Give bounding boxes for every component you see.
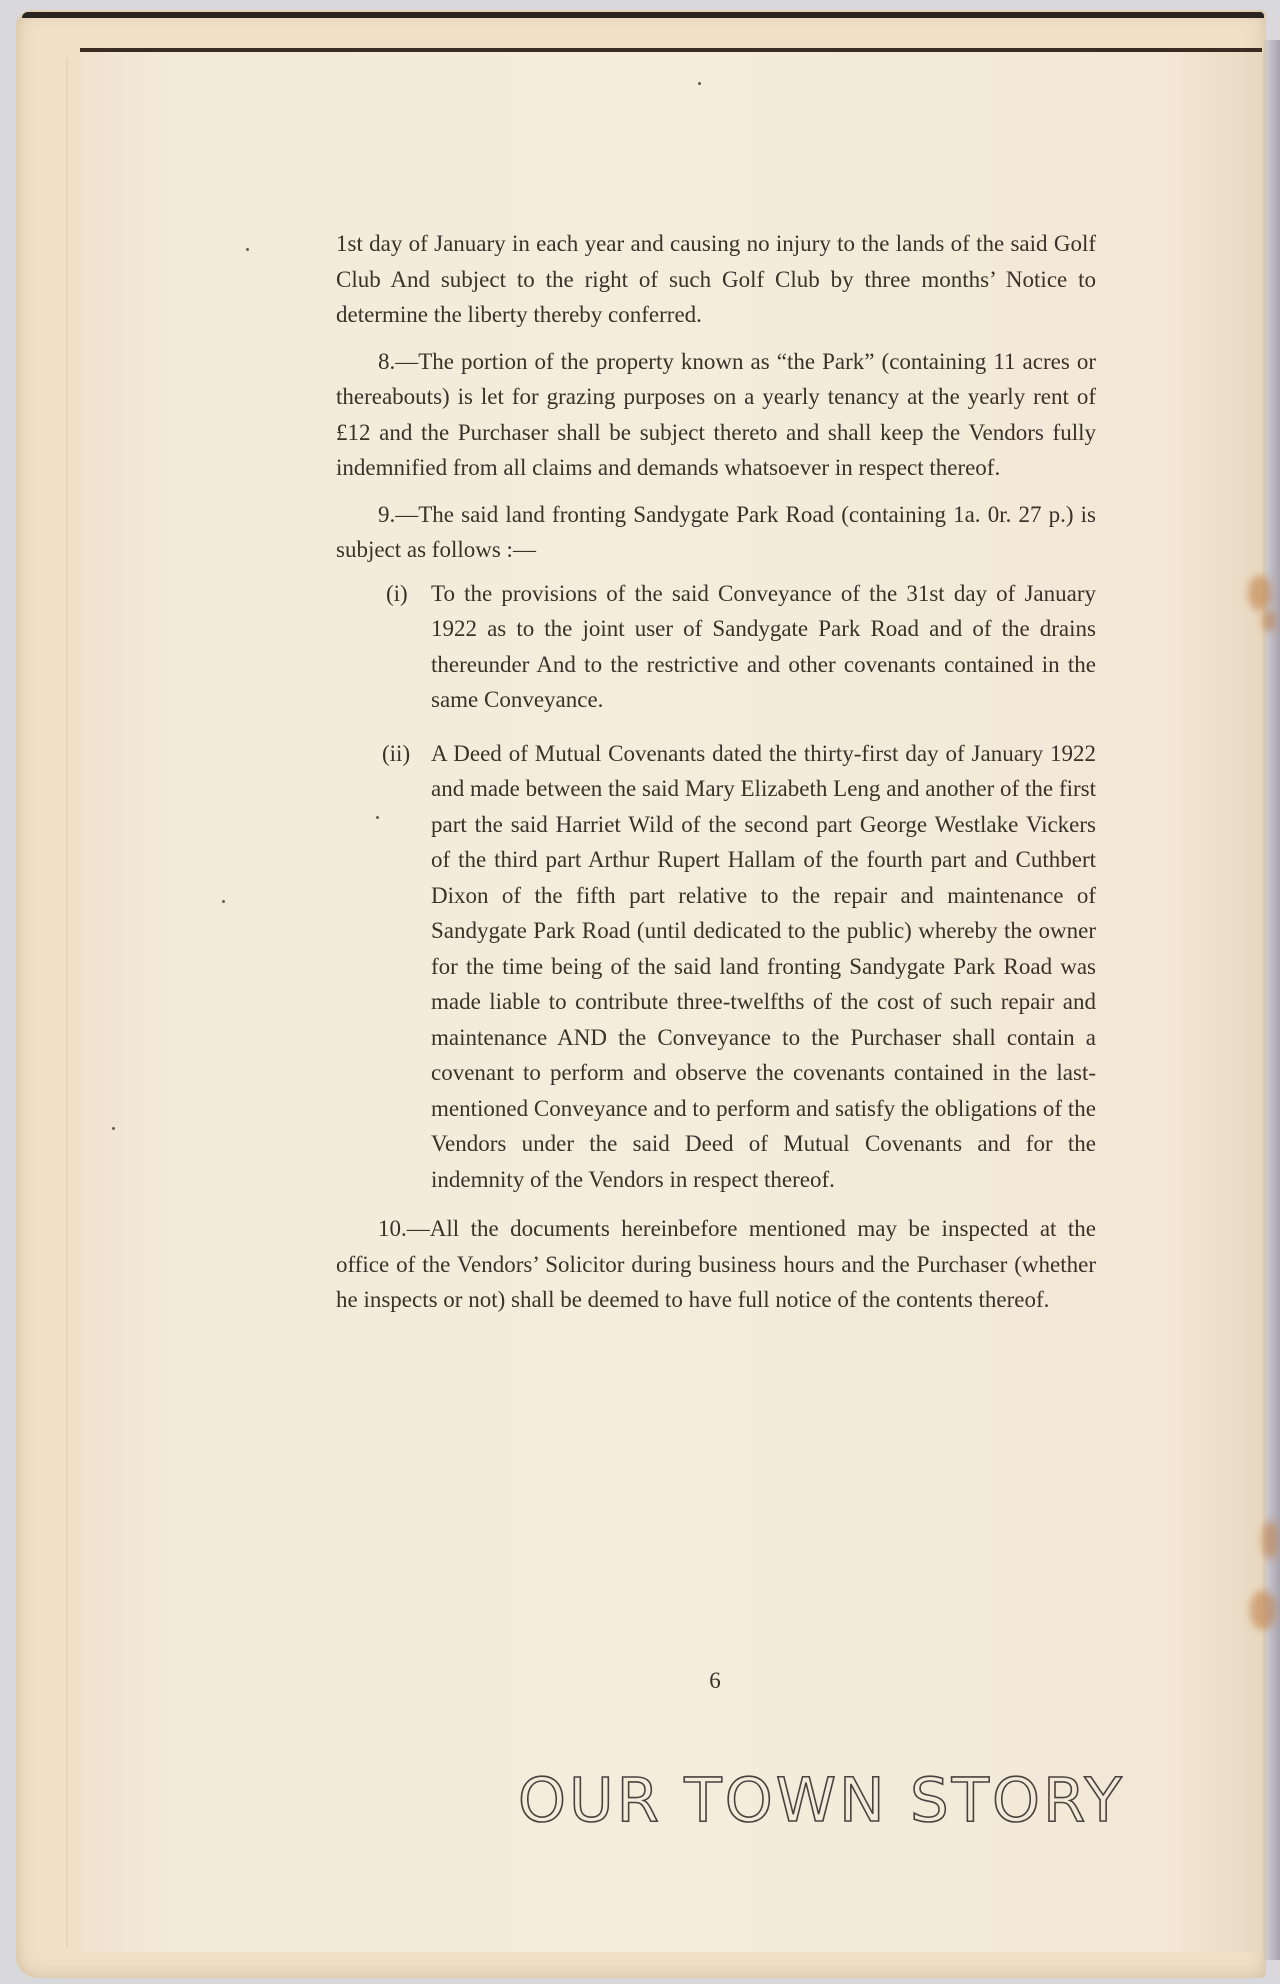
page-number: 6: [700, 1668, 730, 1694]
clause-8: 8.—The portion of the property known as …: [336, 344, 1096, 486]
subclause-number: (i): [386, 576, 408, 612]
speck: [698, 82, 701, 85]
subclause-text: To the provisions of the said Conveyance…: [431, 581, 1096, 713]
subclause-i: (i) To the provisions of the said Convey…: [336, 576, 1096, 718]
subclause-number: (ii): [382, 736, 410, 772]
subclause-ii: (ii) A Deed of Mutual Covenants dated th…: [336, 736, 1096, 1198]
clause-10: 10.—All the documents hereinbefore menti…: [336, 1211, 1096, 1318]
speck: [246, 248, 249, 251]
foxing-stain: [1250, 1590, 1276, 1630]
subclause-text: A Deed of Mutual Covenants dated the thi…: [431, 741, 1096, 1192]
foxing-stain: [1262, 1520, 1278, 1560]
watermark-logo: OUR TOWN STORY: [518, 1765, 1098, 1836]
page-edge-shadow: [1262, 40, 1280, 1960]
paragraph-continuation: 1st day of January in each year and caus…: [336, 226, 1096, 333]
foxing-stain: [1248, 575, 1272, 611]
speck: [112, 1127, 115, 1130]
document-body: 1st day of January in each year and caus…: [336, 226, 1096, 1329]
speck: [222, 900, 225, 903]
cover-top-edge: [22, 12, 1264, 18]
clause-9: 9.—The said land fronting Sandygate Park…: [336, 497, 1096, 568]
spine-crease: [66, 58, 68, 1948]
foxing-stain: [1262, 610, 1276, 632]
